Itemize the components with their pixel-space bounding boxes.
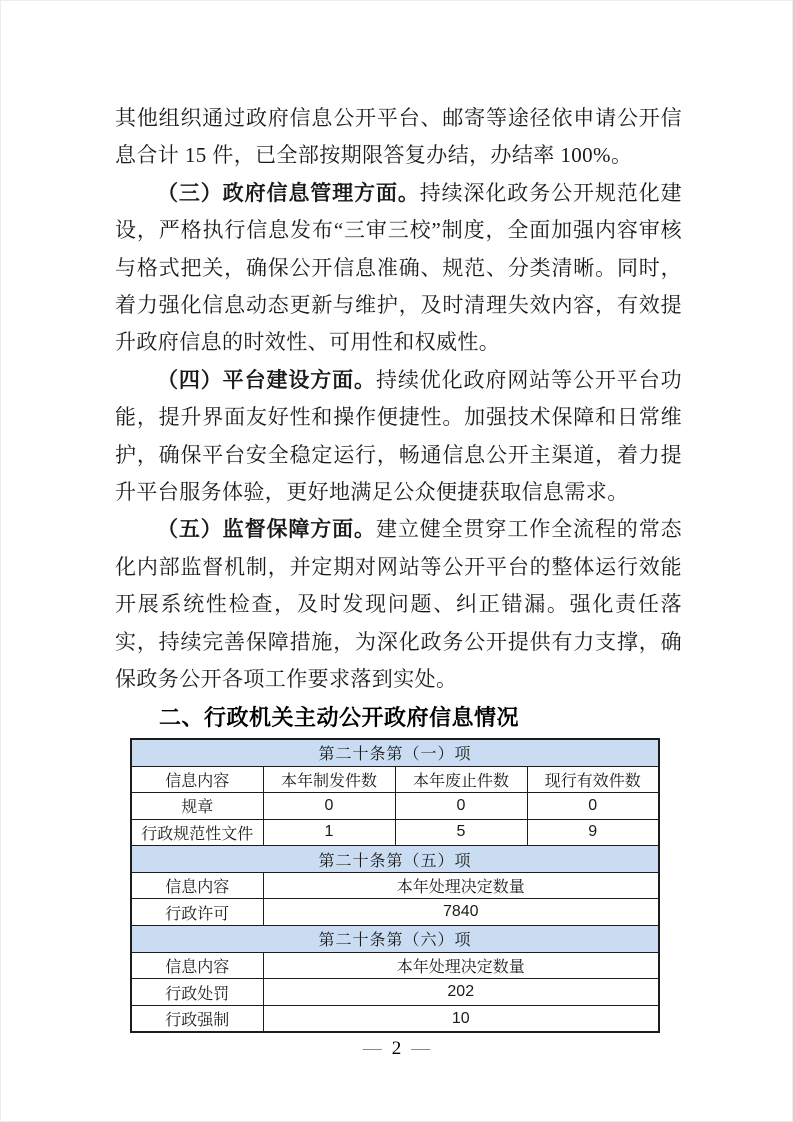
- table-header-row: 信息内容 本年处理决定数量: [131, 872, 659, 899]
- table-section-title: 第二十条第（六）项: [131, 926, 659, 953]
- table-header-row: 信息内容 本年制发件数 本年废止件数 现行有效件数: [131, 766, 659, 793]
- body-paragraph: （三）政府信息管理方面。持续深化政务公开规范化建设，严格执行信息发布“三审三校”…: [115, 175, 682, 362]
- table-value-cell: 10: [263, 1005, 659, 1032]
- footer-dash: —: [401, 1038, 440, 1059]
- table-header-cell: 本年处理决定数量: [263, 952, 659, 979]
- table-section-title: 第二十条第（一）项: [131, 739, 659, 766]
- table-value-cell: 0: [527, 793, 659, 820]
- table-label-cell: 行政处罚: [131, 979, 263, 1006]
- table-header-cell: 本年废止件数: [395, 766, 527, 793]
- table-value-cell: 9: [527, 819, 659, 846]
- table-label-cell: 行政规范性文件: [131, 819, 263, 846]
- table-value-cell: 0: [263, 793, 395, 820]
- table-label-cell: 行政强制: [131, 1005, 263, 1032]
- table-row: 行政规范性文件 1 5 9: [131, 819, 659, 846]
- table-row: 行政强制 10: [131, 1005, 659, 1032]
- section-heading: 二、行政机关主动公开政府信息情况: [115, 699, 682, 736]
- paragraph-lead: （三）政府信息管理方面。: [157, 181, 420, 205]
- paragraph-text: 持续深化政务公开规范化建设，严格执行信息发布“三审三校”制度，全面加强内容审核与…: [115, 181, 682, 355]
- table-section-title-row: 第二十条第（一）项: [131, 739, 659, 766]
- table-value-cell: 0: [395, 793, 527, 820]
- paragraph-text: 建立健全贯穿工作全流程的常态化内部监督机制，并定期对网站等公开平台的整体运行效能…: [115, 517, 682, 691]
- table-header-cell: 信息内容: [131, 952, 263, 979]
- table-section-title-row: 第二十条第（五）项: [131, 846, 659, 873]
- paragraph-lead: （五）监督保障方面。: [157, 517, 376, 541]
- table-header-row: 信息内容 本年处理决定数量: [131, 952, 659, 979]
- table-section-title-row: 第二十条第（六）项: [131, 926, 659, 953]
- table-value-cell: 5: [395, 819, 527, 846]
- table-value-cell: 7840: [263, 899, 659, 926]
- page-content: 其他组织通过政府信息公开平台、邮寄等途径依申请公开信息合计 15 件，已全部按期…: [115, 0, 682, 1033]
- page-footer: —2—: [0, 1038, 793, 1060]
- table-header-cell: 本年制发件数: [263, 766, 395, 793]
- footer-page-number: 2: [392, 1038, 402, 1059]
- footer-dash: —: [353, 1038, 392, 1059]
- body-paragraph: （五）监督保障方面。建立健全贯穿工作全流程的常态化内部监督机制，并定期对网站等公…: [115, 511, 682, 698]
- table-section-title: 第二十条第（五）项: [131, 846, 659, 873]
- table-header-cell: 信息内容: [131, 872, 263, 899]
- table-header-cell: 现行有效件数: [527, 766, 659, 793]
- body-paragraph: （四）平台建设方面。持续优化政府网站等公开平台功能，提升界面友好性和操作便捷性。…: [115, 362, 682, 512]
- paragraph-lead: （四）平台建设方面。: [157, 368, 376, 392]
- document-page: { "doc": { "paragraphs": [ { "lead": "",…: [0, 0, 793, 1122]
- table-label-cell: 行政许可: [131, 899, 263, 926]
- disclosure-table: 第二十条第（一）项 信息内容 本年制发件数 本年废止件数 现行有效件数 规章 0…: [130, 738, 660, 1034]
- table-row: 行政许可 7840: [131, 899, 659, 926]
- table-label-cell: 规章: [131, 793, 263, 820]
- table-value-cell: 202: [263, 979, 659, 1006]
- table-row: 行政处罚 202: [131, 979, 659, 1006]
- body-paragraph: 其他组织通过政府信息公开平台、邮寄等途径依申请公开信息合计 15 件，已全部按期…: [115, 100, 682, 175]
- table-header-cell: 本年处理决定数量: [263, 872, 659, 899]
- table-row: 规章 0 0 0: [131, 793, 659, 820]
- paragraph-text: 其他组织通过政府信息公开平台、邮寄等途径依申请公开信息合计 15 件，已全部按期…: [115, 106, 682, 167]
- table-header-cell: 信息内容: [131, 766, 263, 793]
- table-value-cell: 1: [263, 819, 395, 846]
